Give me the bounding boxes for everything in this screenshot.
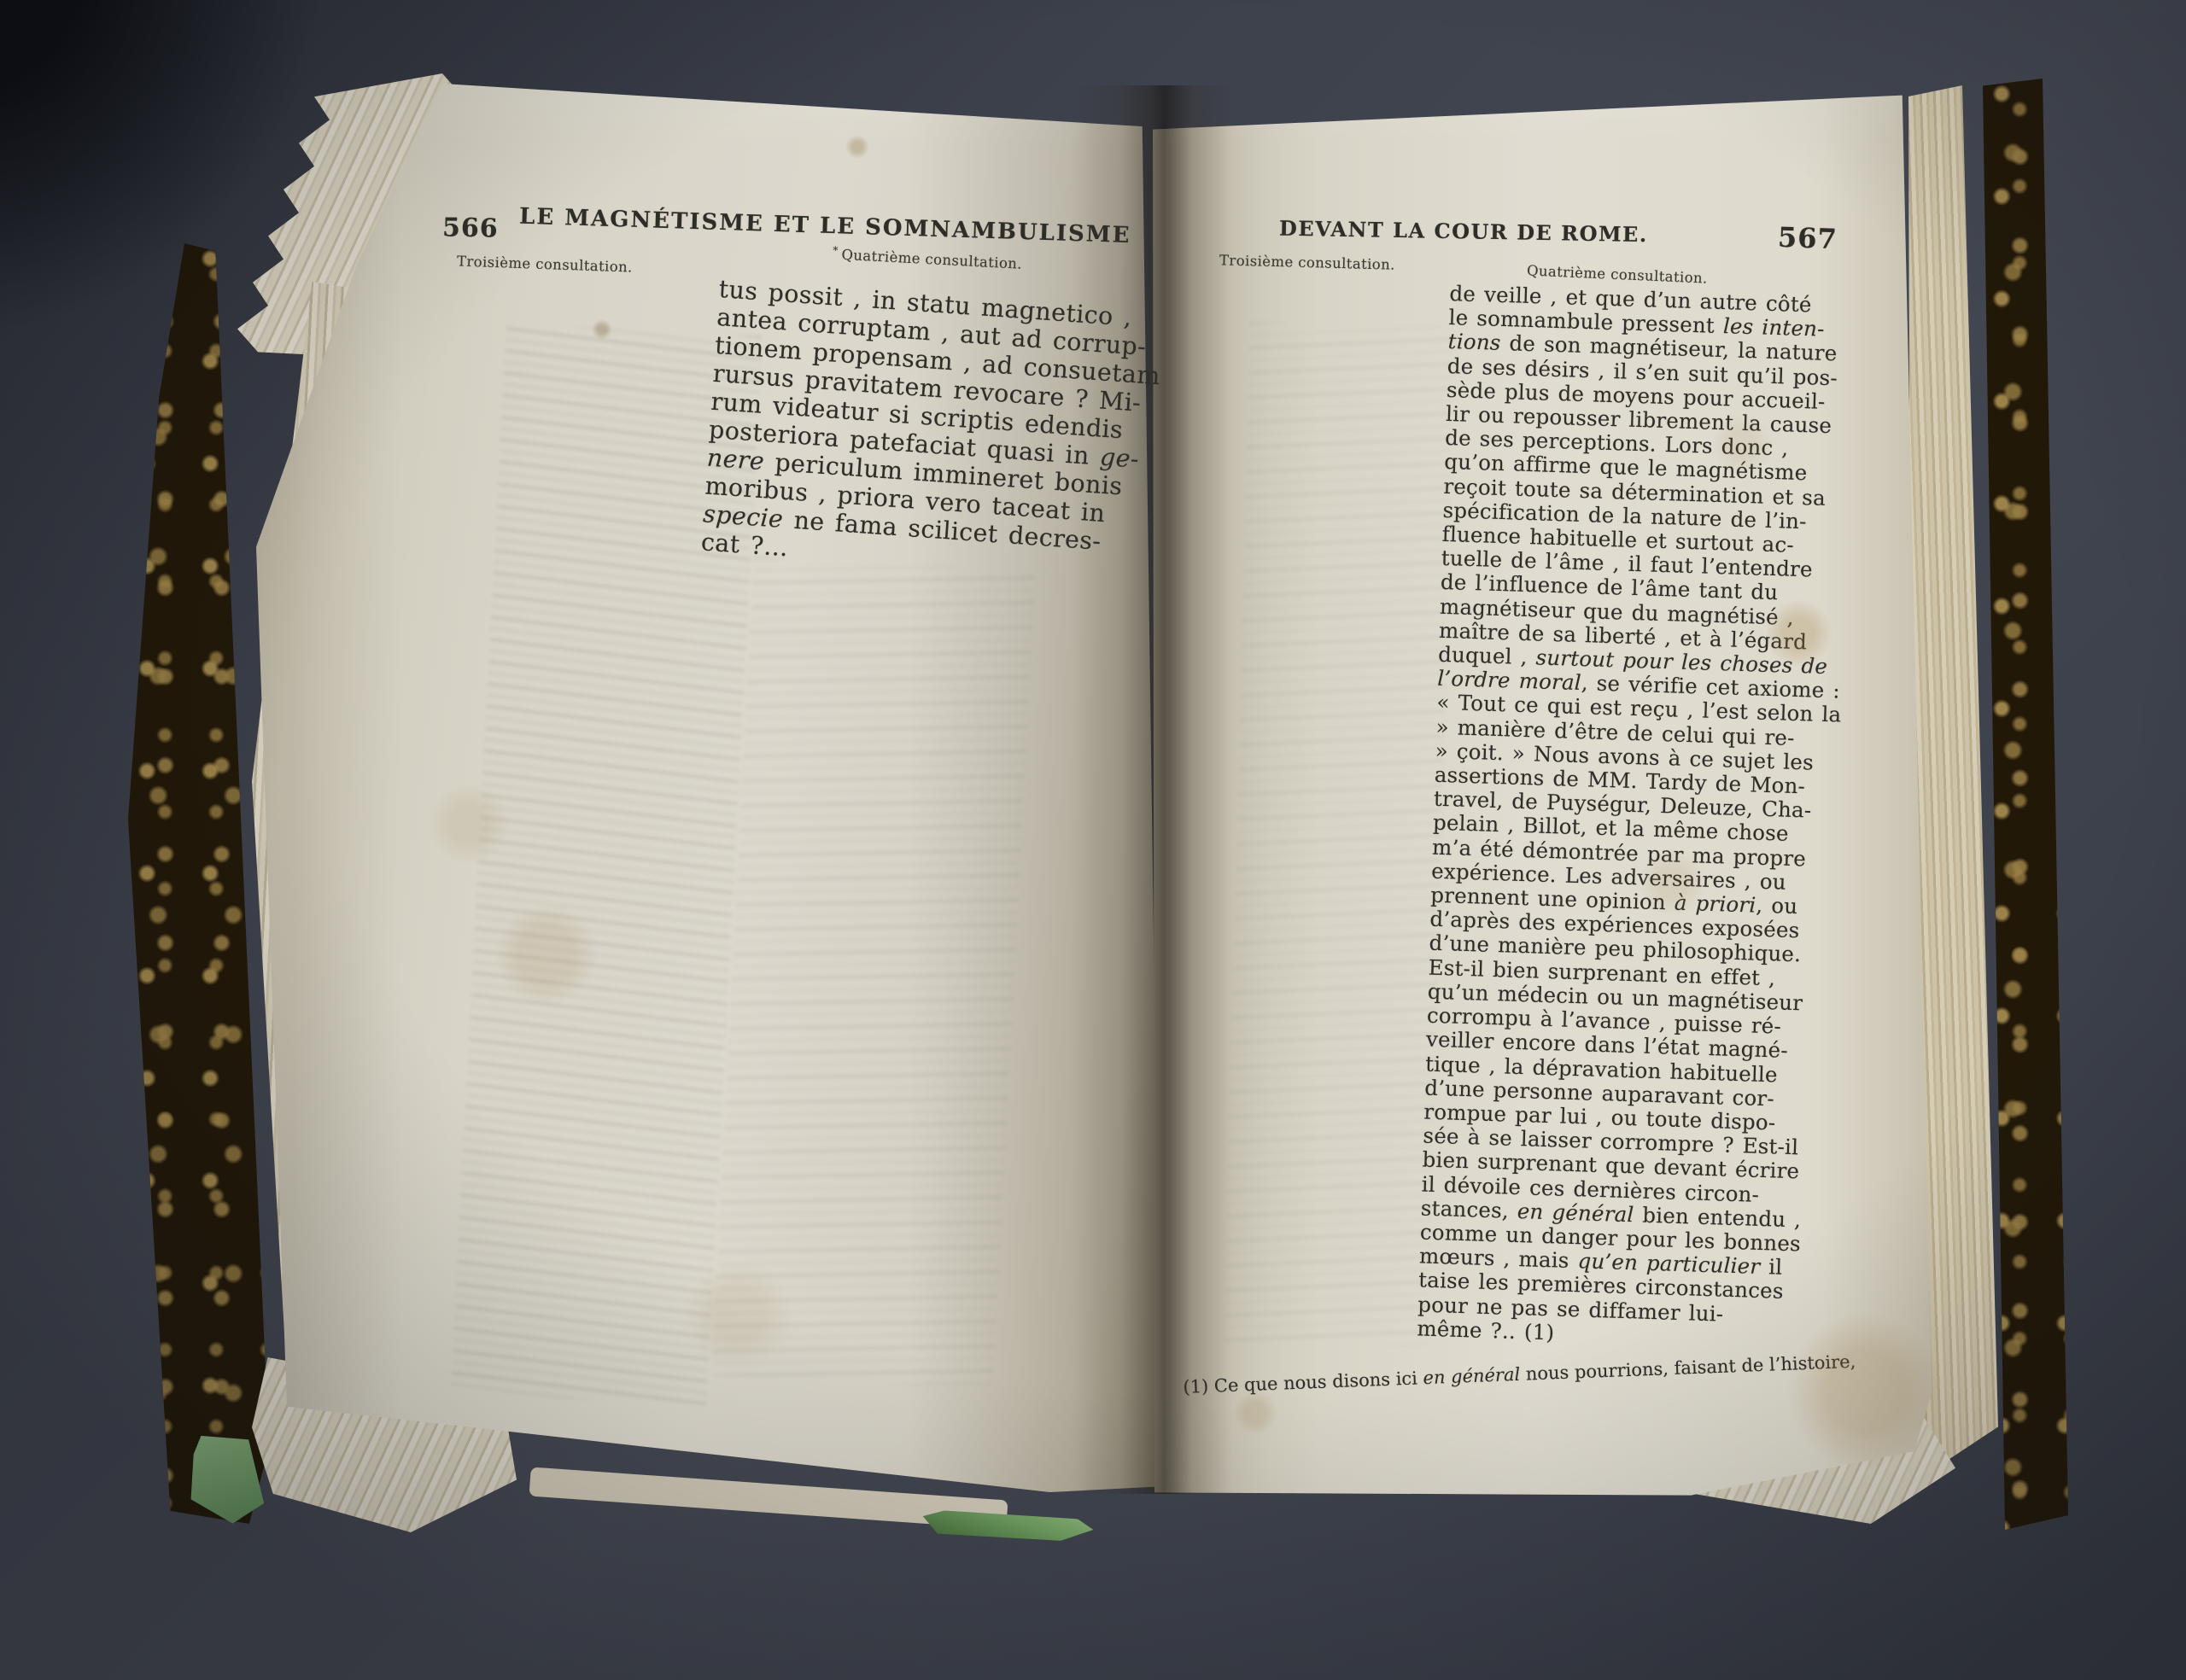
text-segment: même ?.. (1) — [1417, 1315, 1555, 1345]
text-segment: stances, — [1420, 1195, 1517, 1223]
signature-mark: * — [833, 244, 839, 256]
text-segment: , ou — [1756, 893, 1798, 919]
page-number-right: 567 — [1777, 221, 1838, 255]
text-segment: il — [1760, 1254, 1783, 1280]
text-segment: duquel , — [1438, 642, 1536, 670]
show-through-left-lower — [711, 557, 1036, 1390]
italic-segment: ge- — [1099, 443, 1140, 474]
left-cover-edge — [128, 243, 269, 1524]
show-through-right-margin — [1223, 322, 1454, 1347]
italic-segment: tions — [1447, 329, 1501, 355]
italic-segment: en général — [1423, 1364, 1521, 1388]
page-number-left: 566 — [442, 213, 499, 243]
gutter-shadow — [1072, 85, 1234, 1494]
text-segment: cat ?... — [700, 528, 789, 562]
photo-of-open-book: 566 LE MAGNÉTISME ET LE SOMNAMBULISME Tr… — [0, 0, 2186, 1680]
body-text-right: de veille , et que d’un autre côtéle som… — [1417, 282, 1826, 1352]
italic-segment: nere — [706, 444, 765, 476]
right-cover-edge — [1983, 79, 2068, 1530]
body-text-left: tus possit , in statu magnetico ,antea c… — [700, 275, 1137, 585]
italic-segment: à priori — [1674, 890, 1756, 918]
